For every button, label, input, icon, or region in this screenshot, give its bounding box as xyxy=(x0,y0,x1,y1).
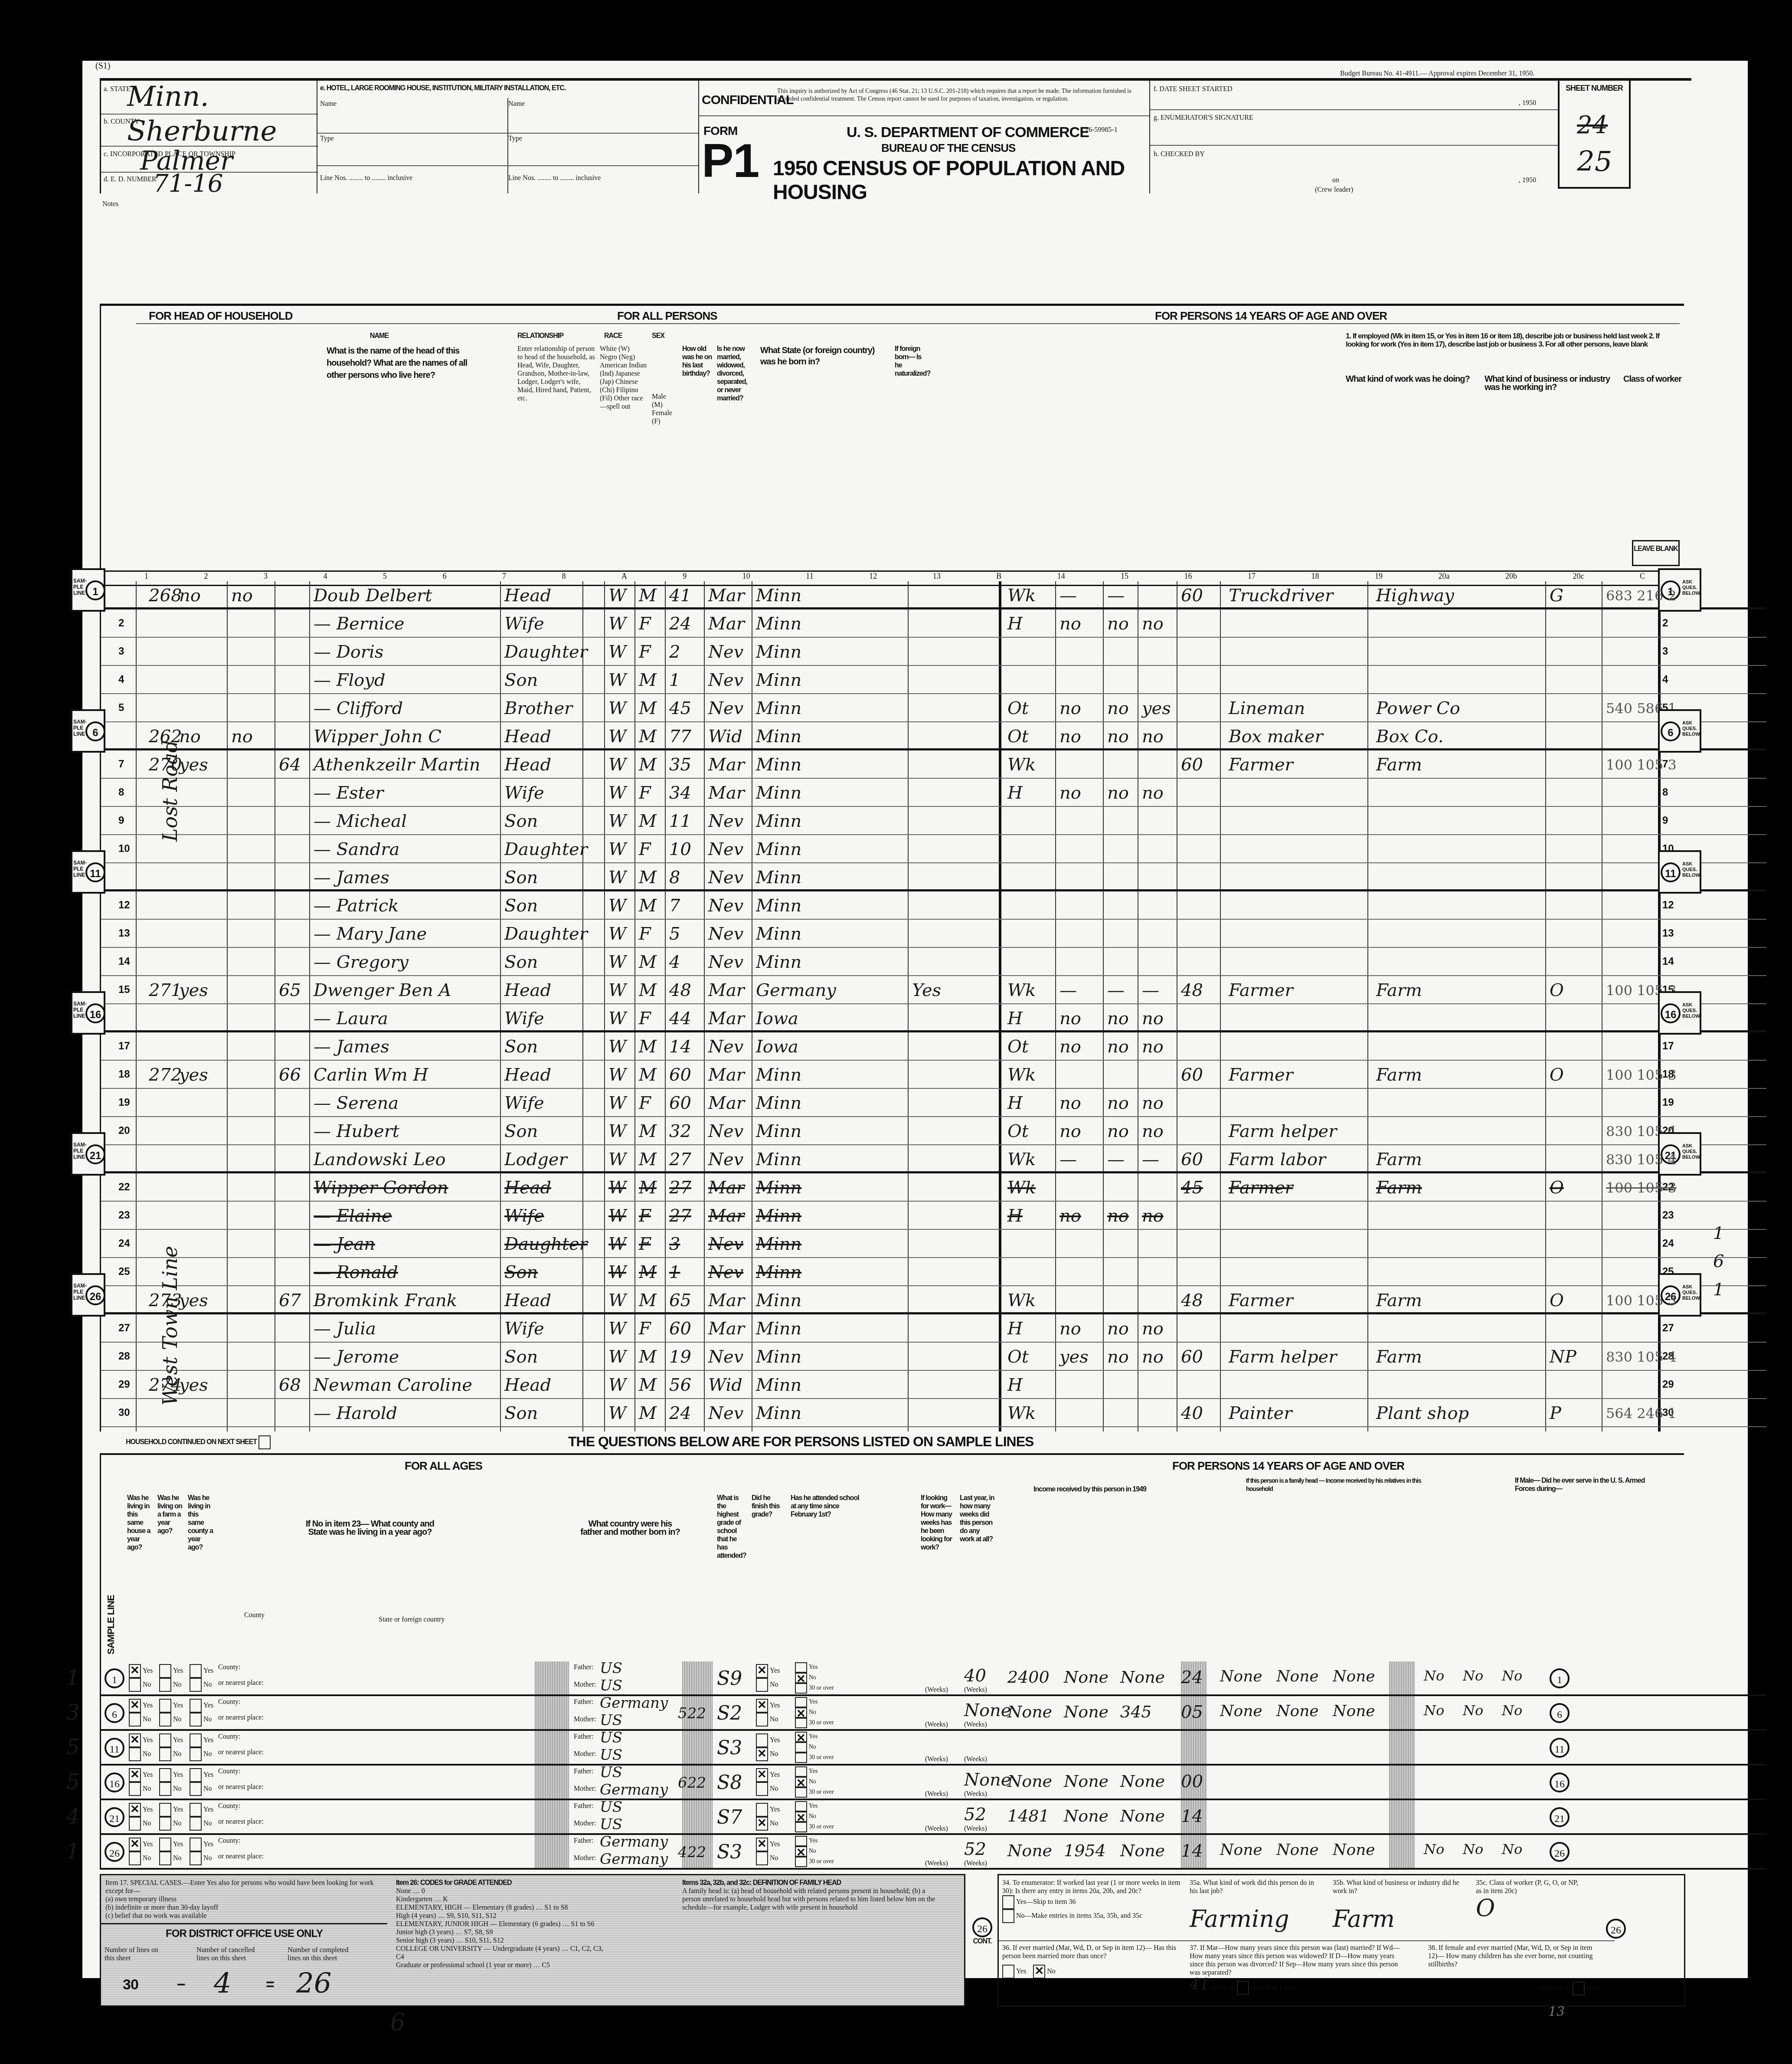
q38-none-checkbox[interactable] xyxy=(1573,1982,1585,1995)
relationship: Daughter xyxy=(504,924,588,944)
sex: M xyxy=(639,1178,657,1198)
bottom-scrawl: 6 xyxy=(390,2008,405,2036)
sex: M xyxy=(639,698,657,718)
q27-yes-checkbox[interactable] xyxy=(756,1733,768,1747)
q35b-box: 35b. What kind of business or industry d… xyxy=(1333,1879,1463,1934)
q23-yes-checkbox[interactable] xyxy=(190,1803,202,1817)
coding-c: 830 105 4 xyxy=(1606,1347,1677,1367)
q22-no-checkbox[interactable] xyxy=(159,1713,171,1727)
wages-1949: 2400 xyxy=(1007,1668,1050,1687)
sex: M xyxy=(639,1262,657,1282)
sex: M xyxy=(639,1375,657,1395)
person-name: Carlin Wm H xyxy=(314,1065,428,1085)
line-number: 8 xyxy=(118,786,124,799)
q28-yes-checkbox[interactable] xyxy=(795,1662,807,1673)
marital-status: Nev xyxy=(708,868,743,888)
relationship: Head xyxy=(504,727,551,747)
q26-header: What is the highest grade of school that… xyxy=(717,1494,747,1560)
relationship: Head xyxy=(504,1065,551,1085)
highest-grade: S8 xyxy=(717,1772,742,1794)
race: W xyxy=(608,783,626,803)
code-e: 522 xyxy=(678,1705,706,1722)
q25-header: What country were his father and mother … xyxy=(578,1520,682,1537)
q28-no-checkbox[interactable]: ✕ xyxy=(795,1673,807,1683)
margin-note-west-town-line: West Town Line xyxy=(158,1246,182,1405)
q21-no-checkbox[interactable] xyxy=(129,1747,141,1761)
institution-name-label-2: Name xyxy=(508,100,525,108)
leave-blank-g xyxy=(1389,1731,1415,1764)
race-col-header: RACE xyxy=(604,332,622,340)
farm-answer: yes xyxy=(179,1065,208,1085)
marital-status: Mar xyxy=(708,1065,745,1085)
q28-30-over-checkbox[interactable] xyxy=(795,1683,807,1694)
birthplace: Minn xyxy=(756,1178,801,1198)
q18-has-job: no xyxy=(1142,1121,1164,1141)
marital-status: Nev xyxy=(708,952,743,972)
sex: F xyxy=(639,614,651,634)
table-row: 22— BerniceWifeWF24MarMinnHnonono xyxy=(101,609,1766,638)
class-of-worker: O xyxy=(1550,1178,1564,1198)
q22-no-checkbox[interactable] xyxy=(159,1747,171,1761)
business-income-1949: None xyxy=(1064,1668,1109,1687)
leave-blank-d xyxy=(535,1766,569,1799)
sample-line-number-right: 26 xyxy=(1550,1842,1570,1862)
q29-weeks-label: (Weeks) xyxy=(925,1720,948,1729)
q37-less-checkbox[interactable] xyxy=(1237,1981,1249,1995)
armed-forces-header: If Male— Did he ever serve in the U. S. … xyxy=(1515,1477,1645,1493)
table-row: 1212— PatrickSonWM7NevMinn xyxy=(101,891,1766,920)
q17-looking: no xyxy=(1107,698,1129,718)
table-row: 1818272yes66Carlin Wm HHeadWM60MarMinnWk… xyxy=(101,1061,1766,1089)
q27-checkboxes: ✕YesNo xyxy=(756,1699,780,1727)
line-number: 14 xyxy=(1662,956,1674,968)
q21-yes-checkbox[interactable]: ✕ xyxy=(129,1768,141,1782)
q22-yes-checkbox[interactable] xyxy=(159,1838,171,1851)
sample-row: 421✕YesNoYesNoYesNoCounty:or nearest pla… xyxy=(101,1800,1766,1835)
father-birthplace: US xyxy=(600,1764,622,1781)
code-f: 05 xyxy=(1181,1702,1203,1722)
q28-yes-checkbox[interactable]: ✕ xyxy=(795,1732,807,1742)
q18-has-job: no xyxy=(1142,1319,1164,1339)
bureau-name: BUREAU OF THE CENSUS xyxy=(881,141,1015,155)
person-name: — Laura xyxy=(314,1009,388,1029)
q22-yes-checkbox[interactable] xyxy=(159,1768,171,1782)
class-of-worker: NP xyxy=(1550,1347,1576,1367)
q22-no-checkbox[interactable] xyxy=(159,1851,171,1865)
industry: Highway xyxy=(1376,586,1454,606)
occupation: Truckdriver xyxy=(1229,586,1333,606)
q18-has-job: — xyxy=(1142,1150,1159,1170)
nearest-place-label: or nearest place: xyxy=(218,1748,264,1756)
age: 24 xyxy=(669,1403,691,1423)
employment-status: Ot xyxy=(1007,1037,1029,1057)
q28-no-checkbox[interactable]: ✕ xyxy=(795,1812,807,1822)
line-number: 9 xyxy=(118,815,124,827)
sample-line-number-right: 16 xyxy=(1550,1772,1570,1792)
margin-tally: 4 xyxy=(66,1805,80,1829)
q28-30-over-checkbox[interactable] xyxy=(795,1857,807,1867)
q30-weeks-label: (Weeks) xyxy=(964,1686,987,1694)
table-row: 2222Wipper GordonHeadWM27MarMinnWk45Farm… xyxy=(101,1173,1766,1202)
q23-no-checkbox[interactable] xyxy=(190,1851,202,1865)
leave-blank-g xyxy=(1389,1696,1415,1729)
age: 44 xyxy=(669,1009,691,1029)
line-number: 12 xyxy=(118,899,130,911)
q27-no-checkbox[interactable]: ✕ xyxy=(756,1747,768,1761)
person-name: — James xyxy=(314,868,389,888)
q22-no-checkbox[interactable] xyxy=(159,1817,171,1831)
highest-grade: S9 xyxy=(717,1668,742,1690)
margin-tally: 5 xyxy=(66,1735,80,1759)
occupation: Lineman xyxy=(1229,698,1305,718)
race-help: White (W) Negro (Neg) American Indian (I… xyxy=(600,345,647,411)
q23-no-checkbox[interactable] xyxy=(190,1713,202,1727)
q27-no-checkbox[interactable] xyxy=(756,1713,768,1727)
q23-yes-checkbox[interactable] xyxy=(190,1699,202,1713)
birthplace: Iowa xyxy=(756,1037,798,1057)
family-income-header: If this person is a family head — Income… xyxy=(1246,1477,1437,1493)
q27-yes-checkbox[interactable]: ✕ xyxy=(756,1768,768,1782)
race: W xyxy=(608,586,626,606)
occupation: Farm helper xyxy=(1229,1121,1337,1141)
employment-status: H xyxy=(1007,614,1023,634)
weeks-worked: 40 xyxy=(964,1666,986,1686)
birthplace: Minn xyxy=(756,1347,801,1367)
q27-no-checkbox[interactable] xyxy=(756,1678,768,1692)
employment-status: Wk xyxy=(1007,1065,1036,1085)
birthplace: Germany xyxy=(756,980,836,1000)
q23-no-checkbox[interactable] xyxy=(190,1747,202,1761)
father-birthplace: US xyxy=(600,1660,622,1677)
sex: M xyxy=(639,1291,657,1310)
q27-no-checkbox[interactable]: ✕ xyxy=(756,1817,768,1831)
wages-1949: None xyxy=(1007,1772,1052,1791)
q34-yes-checkbox[interactable] xyxy=(1002,1895,1014,1909)
q18-has-job: no xyxy=(1142,1009,1164,1029)
q18-has-job: — xyxy=(1142,980,1159,1000)
person-name: — Patrick xyxy=(314,896,399,916)
q29-weeks-label: (Weeks) xyxy=(925,1755,948,1763)
farm-answer: yes xyxy=(179,1291,208,1310)
q23-yes-checkbox[interactable] xyxy=(190,1768,202,1782)
hours-worked: 60 xyxy=(1181,586,1203,606)
lines-label: Number of lines on this sheet xyxy=(105,1946,170,1962)
q36-yes-checkbox[interactable] xyxy=(1002,1965,1014,1979)
q30-weeks-label: (Weeks) xyxy=(964,1790,987,1798)
father-label: Father: xyxy=(574,1663,593,1671)
age: 27 xyxy=(669,1206,691,1226)
q28-checkboxes: Yes✕No30 or over xyxy=(795,1801,834,1833)
hours-worked: 48 xyxy=(1181,980,1203,1000)
table-row: 1313— Mary JaneDaughterWF5NevMinn xyxy=(101,920,1766,948)
cont-line-circle: 26 xyxy=(972,1917,992,1937)
age: 14 xyxy=(669,1037,691,1057)
sample-row: 11✕YesNoYesNoYesNoCounty:or nearest plac… xyxy=(101,1661,1766,1696)
relationship: Head xyxy=(504,980,551,1000)
employment-status: Wk xyxy=(1007,1178,1036,1198)
employment-status: Wk xyxy=(1007,980,1036,1000)
sheet-number-label: SHEET NUMBER xyxy=(1560,84,1629,92)
all-persons-header: FOR ALL PERSONS xyxy=(617,309,717,323)
q17-looking: — xyxy=(1107,586,1125,606)
age-question: How old was he on his last birthday? xyxy=(682,345,713,378)
q28-no-checkbox[interactable]: ✕ xyxy=(795,1777,807,1787)
row-divider xyxy=(101,1426,1766,1427)
birthplace: Iowa xyxy=(756,1009,798,1029)
q23-yes-checkbox[interactable] xyxy=(190,1664,202,1678)
q21-no-checkbox[interactable] xyxy=(129,1817,141,1831)
q28-no-checkbox[interactable]: ✕ xyxy=(795,1846,807,1857)
q28-yes-checkbox[interactable] xyxy=(795,1766,807,1777)
q17-looking: no xyxy=(1107,1347,1129,1367)
employment-status: Wk xyxy=(1007,1150,1036,1170)
q36-no-checkbox[interactable]: ✕ xyxy=(1033,1965,1045,1979)
q23-no-checkbox[interactable] xyxy=(190,1817,202,1831)
birthplace: Minn xyxy=(756,1121,801,1141)
institution-type-label-1: Type xyxy=(320,134,334,143)
table-row: 77270yes64Athenkzeilr MartinHeadWM35MarM… xyxy=(101,750,1766,779)
occupation: Farmer xyxy=(1229,1178,1293,1198)
q21-yes-checkbox[interactable]: ✕ xyxy=(129,1838,141,1851)
q22-no-checkbox[interactable] xyxy=(159,1678,171,1692)
age: 11 xyxy=(669,811,691,831)
q21-yes-checkbox[interactable]: ✕ xyxy=(129,1664,141,1678)
q35b-value: Farm xyxy=(1333,1904,1463,1934)
q28-no-checkbox[interactable] xyxy=(795,1742,807,1753)
q23-checkboxes: YesNo xyxy=(190,1768,213,1796)
sample-row: 511✕YesNoYesNoYesNoCounty:or nearest pla… xyxy=(101,1731,1766,1766)
person-name: — Julia xyxy=(314,1319,376,1339)
margin-note-lost-road: Lost Road xyxy=(158,740,182,842)
county-label: County: xyxy=(218,1663,241,1671)
q21-no-checkbox[interactable] xyxy=(129,1713,141,1727)
q28-30-over-checkbox[interactable] xyxy=(795,1718,807,1728)
class-of-worker-header: Class of worker xyxy=(1623,375,1684,383)
leave-blank-d xyxy=(535,1661,569,1694)
lines-value: 30 xyxy=(123,1976,138,1993)
industry: Farm xyxy=(1376,980,1422,1000)
q21-no-checkbox[interactable] xyxy=(129,1851,141,1865)
sample-title-row: HOUSEHOLD CONTINUED ON NEXT SHEET THE QU… xyxy=(100,1434,1683,1447)
q21-yes-checkbox[interactable]: ✕ xyxy=(129,1803,141,1817)
sex: M xyxy=(639,811,657,831)
q28-yes-checkbox[interactable] xyxy=(795,1836,807,1846)
relationship: Wife xyxy=(504,1093,544,1113)
family-other-income: None xyxy=(1333,1702,1375,1720)
leave-blank-g xyxy=(1389,1661,1415,1694)
ww1-service: No xyxy=(1463,1841,1483,1858)
birthplace: Minn xyxy=(756,952,801,972)
q30-weeks-label: (Weeks) xyxy=(964,1825,987,1833)
mother-label: Mother: xyxy=(574,1785,596,1793)
nearest-place-label: or nearest place: xyxy=(218,1818,264,1826)
sheet-number: 25 xyxy=(1577,146,1612,178)
table-row: 88— EsterWifeWF34MarMinnHnonono xyxy=(101,779,1766,807)
coding-c: 564 246 1 xyxy=(1606,1403,1677,1423)
line-number: 7 xyxy=(118,758,124,770)
father-birthplace: US xyxy=(600,1729,622,1746)
q27-yes-checkbox[interactable]: ✕ xyxy=(756,1664,768,1678)
sheet-info: f. DATE SHEET STARTED , 1950 g. ENUMERAT… xyxy=(1149,81,1649,193)
state-label: a. STATE xyxy=(104,85,131,93)
q21-checkboxes: ✕YesNo xyxy=(129,1664,153,1692)
q28-30-over-checkbox[interactable] xyxy=(795,1822,807,1832)
q28-yes-checkbox[interactable] xyxy=(795,1801,807,1812)
q29-weeks-label: (Weeks) xyxy=(925,1686,948,1694)
q23-yes-checkbox[interactable] xyxy=(190,1733,202,1747)
wages-1949: None xyxy=(1007,1841,1052,1860)
q27-yes-checkbox[interactable] xyxy=(756,1803,768,1817)
age: 27 xyxy=(669,1178,691,1198)
marital-status: Mar xyxy=(708,1093,745,1113)
institution-type-label-2: Type xyxy=(508,134,522,143)
q24b-header: State or foreign country xyxy=(379,1615,445,1624)
q28-30-over-checkbox[interactable] xyxy=(795,1787,807,1798)
household-continued-checkbox[interactable] xyxy=(258,1435,271,1449)
race: W xyxy=(608,1093,626,1113)
q16-any-work: no xyxy=(1060,1206,1081,1226)
nearest-place-label: or nearest place: xyxy=(218,1852,264,1861)
q21-header: Was he living in this same house a year … xyxy=(127,1494,153,1552)
marital-status: Nev xyxy=(708,1037,743,1057)
marital-status: Mar xyxy=(708,783,745,803)
family-head-box: Items 32a, 32b, and 32c: DEFINITION OF F… xyxy=(682,1879,942,1912)
line-number: 4 xyxy=(118,674,124,686)
birthplace: Minn xyxy=(756,755,801,775)
race: W xyxy=(608,839,626,859)
relationship-col-header: RELATIONSHIP xyxy=(517,332,563,340)
birthplace: Minn xyxy=(756,727,801,747)
race: W xyxy=(608,614,626,634)
person-name: — Gregory xyxy=(314,952,409,972)
industry: Farm xyxy=(1376,1291,1422,1310)
birthplace: Minn xyxy=(756,642,801,662)
farm-answer: yes xyxy=(179,755,208,775)
marital-status: Nev xyxy=(708,1121,743,1141)
sample-header: FOR ALL AGES FOR PERSONS 14 YEARS OF AGE… xyxy=(100,1453,1684,1663)
sample-line-number-right: 21 xyxy=(1550,1807,1570,1827)
q34-box: 34. To enumerator: If worked last year (… xyxy=(1002,1879,1184,1923)
q21-yes-checkbox[interactable]: ✕ xyxy=(129,1733,141,1747)
age: 1 xyxy=(669,670,680,690)
sheet-number-box: SHEET NUMBER 24 25 xyxy=(1558,81,1631,189)
relationship: Son xyxy=(504,811,538,831)
highest-grade: S7 xyxy=(717,1806,742,1828)
table-row: 2424— JeanDaughterWF3NevMinn xyxy=(101,1230,1766,1258)
sample-line-marker: SAM-PLELINE26 xyxy=(71,1273,105,1317)
sample-line-number: 6 xyxy=(105,1703,124,1723)
relationship: Wife xyxy=(504,1009,544,1029)
line-number: 24 xyxy=(118,1238,130,1250)
table-row: SAM-PLELINE1616ASKQUES.BELOW— LauraWifeW… xyxy=(101,1004,1766,1032)
sample-line-number-right: 11 xyxy=(1550,1738,1570,1758)
line-number: 23 xyxy=(118,1209,130,1222)
q27-no-checkbox[interactable] xyxy=(756,1782,768,1796)
q18-has-job: no xyxy=(1142,614,1164,634)
agriculture-number: 68 xyxy=(279,1375,301,1395)
q16-any-work: no xyxy=(1060,1037,1081,1057)
q23-yes-checkbox[interactable] xyxy=(190,1838,202,1851)
employment-status: H xyxy=(1007,1093,1023,1113)
q21-no-checkbox[interactable] xyxy=(129,1678,141,1692)
q28-yes-checkbox[interactable] xyxy=(795,1697,807,1707)
race: W xyxy=(608,1234,626,1254)
margin-tally: 1 xyxy=(66,1839,80,1864)
date-label: f. DATE SHEET STARTED xyxy=(1154,85,1232,93)
sample-row: 516✕YesNoYesNoYesNoCounty:or nearest pla… xyxy=(101,1766,1766,1800)
q22-yes-checkbox[interactable] xyxy=(159,1699,171,1713)
birthplace: Minn xyxy=(756,1150,801,1170)
q23-no-checkbox[interactable] xyxy=(190,1782,202,1796)
line26-circle-right: 26 xyxy=(1606,1919,1626,1939)
code-f: 14 xyxy=(1181,1806,1203,1826)
head-of-household-header: FOR HEAD OF HOUSEHOLD xyxy=(149,309,292,323)
checked-on: on xyxy=(1332,176,1339,184)
q22-yes-checkbox[interactable] xyxy=(159,1733,171,1747)
q17-looking: no xyxy=(1107,1037,1129,1057)
birthplace: Minn xyxy=(756,698,801,718)
relationship: Lodger xyxy=(504,1150,567,1170)
q30-weeks-label: (Weeks) xyxy=(964,1859,987,1867)
sample-persons-14-header: FOR PERSONS 14 YEARS OF AGE AND OVER xyxy=(1172,1459,1404,1473)
weeks-worked: 52 xyxy=(964,1839,986,1859)
q28-no-checkbox[interactable]: ✕ xyxy=(795,1707,807,1718)
marital-status: Nev xyxy=(708,642,743,662)
equals-sign: = xyxy=(266,1976,274,1993)
q27-no-checkbox[interactable] xyxy=(756,1851,768,1865)
agriculture-number: 66 xyxy=(279,1065,301,1085)
race: W xyxy=(608,698,626,718)
ww1-service: No xyxy=(1463,1668,1483,1684)
signature-label: g. ENUMERATOR'S SIGNATURE xyxy=(1154,114,1253,122)
occupation: Farmer xyxy=(1229,1291,1293,1310)
q21-yes-checkbox[interactable]: ✕ xyxy=(129,1699,141,1713)
q27-yes-checkbox[interactable]: ✕ xyxy=(756,1838,768,1851)
race: W xyxy=(608,952,626,972)
marital-status: Nev xyxy=(708,1262,743,1282)
q21-no-checkbox[interactable] xyxy=(129,1782,141,1796)
crew-leader-label: (Crew leader) xyxy=(1315,186,1353,194)
for-all-ages-header: FOR ALL AGES xyxy=(405,1459,482,1473)
name-question: What is the name of the head of this hou… xyxy=(327,345,487,381)
q28-checkboxes: Yes✕No30 or over xyxy=(795,1836,834,1867)
person-name: Doub Delbert xyxy=(314,586,432,606)
q27-yes-checkbox[interactable]: ✕ xyxy=(756,1699,768,1713)
marital-status: Nev xyxy=(708,698,743,718)
code-e: 422 xyxy=(678,1844,706,1861)
completed-label: Number of completed lines on this sheet xyxy=(288,1946,353,1962)
line-number: 10 xyxy=(118,843,130,855)
q21-checkboxes: ✕YesNo xyxy=(129,1803,153,1831)
person-name: Landowski Leo xyxy=(314,1150,446,1170)
q28-30-over-checkbox[interactable] xyxy=(795,1753,807,1763)
race: W xyxy=(608,1178,626,1198)
race: W xyxy=(608,755,626,775)
bottom-right-mark: 13 xyxy=(1548,2004,1565,2019)
line-nos-2: Line Nos. ........ to ........ inclusive xyxy=(508,174,601,182)
code-e: 622 xyxy=(678,1774,706,1792)
q23-no-checkbox[interactable] xyxy=(190,1678,202,1692)
q22-checkboxes: YesNo xyxy=(159,1699,183,1727)
q34-no-checkbox[interactable] xyxy=(1002,1909,1014,1923)
sex: M xyxy=(639,868,657,888)
q22-no-checkbox[interactable] xyxy=(159,1782,171,1796)
age: 5 xyxy=(669,924,680,944)
marital-status: Mar xyxy=(708,586,745,606)
q22-yes-checkbox[interactable] xyxy=(159,1803,171,1817)
q22-yes-checkbox[interactable] xyxy=(159,1664,171,1678)
family-wages: None xyxy=(1220,1668,1262,1685)
